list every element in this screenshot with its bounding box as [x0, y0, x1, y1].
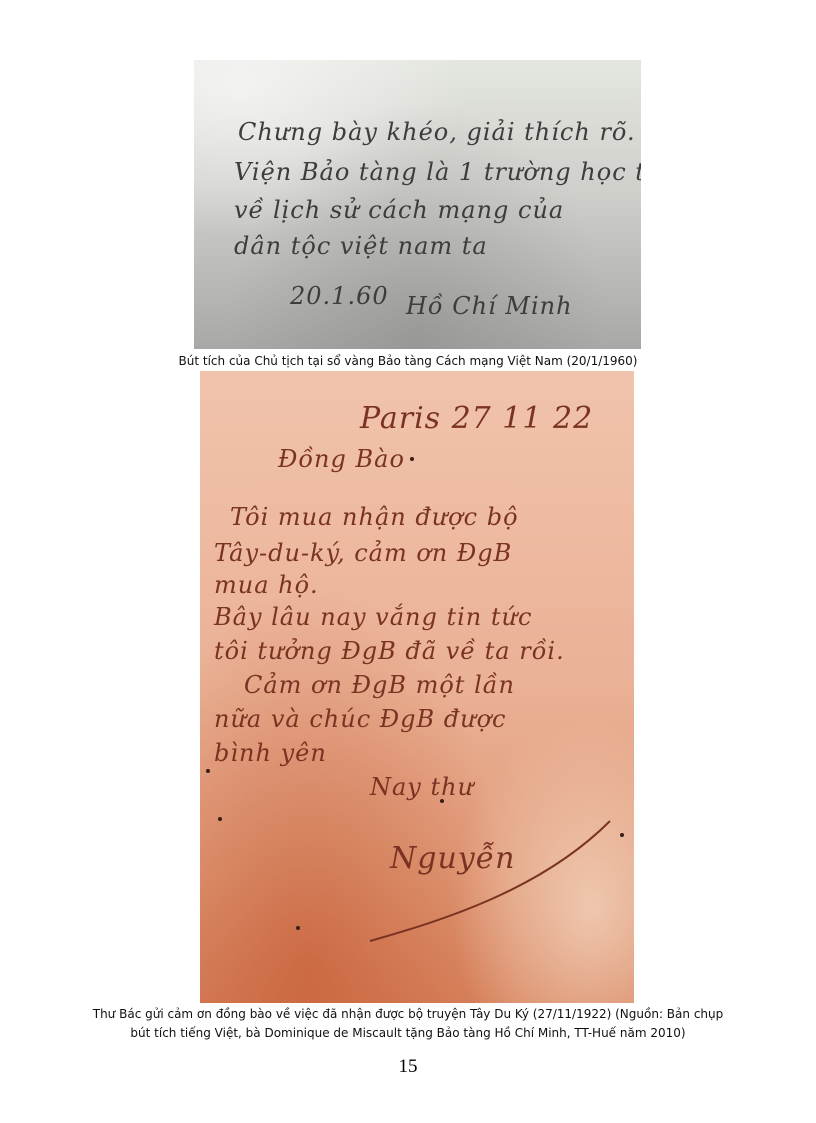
handwriting-line: Chưng bày khéo, giải thích rõ. — [238, 118, 636, 146]
handwritten-letter-photo-1922: Paris 27 11 22 Đồng Bào Tôi mua nhận đượ… — [200, 371, 634, 1003]
ink-spot — [218, 817, 222, 821]
handwriting-line: Tôi mua nhận được bộ — [230, 503, 519, 531]
ink-spot — [620, 833, 624, 837]
handwriting-photo-1960: Chưng bày khéo, giải thích rõ. Viện Bảo … — [194, 60, 641, 349]
handwriting-place-date: Paris 27 11 22 — [360, 401, 593, 436]
handwriting-closing: Nay thư — [370, 773, 474, 801]
handwriting-line: Tây-du-ký, cảm ơn ĐgB — [214, 539, 512, 567]
caption-line: bút tích tiếng Việt, bà Dominique de Mis… — [0, 1024, 816, 1043]
handwriting-line: mua hộ. — [214, 571, 319, 599]
ink-spot — [440, 799, 444, 803]
ink-spot — [206, 769, 210, 773]
handwriting-line: dân tộc việt nam ta — [234, 232, 488, 260]
signature-flourish-icon — [360, 811, 620, 961]
ink-spot — [296, 926, 300, 930]
handwriting-line: Bây lâu nay vắng tin tức — [214, 603, 532, 631]
figure-caption: Thư Bác gửi cảm ơn đồng bào về việc đã n… — [0, 1005, 816, 1043]
handwriting-line: nữa và chúc ĐgB được — [214, 705, 506, 733]
handwriting-line: về lịch sử cách mạng của — [234, 196, 564, 224]
figure-caption: Bút tích của Chủ tịch tại sổ vàng Bảo tà… — [0, 352, 816, 371]
ink-spot — [410, 457, 414, 461]
handwriting-line: bình yên — [214, 739, 327, 767]
handwriting-line: Viện Bảo tàng là 1 trường học tốt — [234, 158, 641, 186]
handwriting-greeting: Đồng Bào — [278, 445, 405, 473]
handwriting-date: 20.1.60 — [290, 282, 389, 310]
page-number: 15 — [0, 1056, 816, 1078]
handwriting-line: Cảm ơn ĐgB một lần — [244, 671, 515, 699]
caption-line: Thư Bác gửi cảm ơn đồng bào về việc đã n… — [0, 1005, 816, 1024]
handwriting-line: tôi tưởng ĐgB đã về ta rồi. — [214, 637, 565, 665]
signature: Hồ Chí Minh — [406, 292, 573, 320]
